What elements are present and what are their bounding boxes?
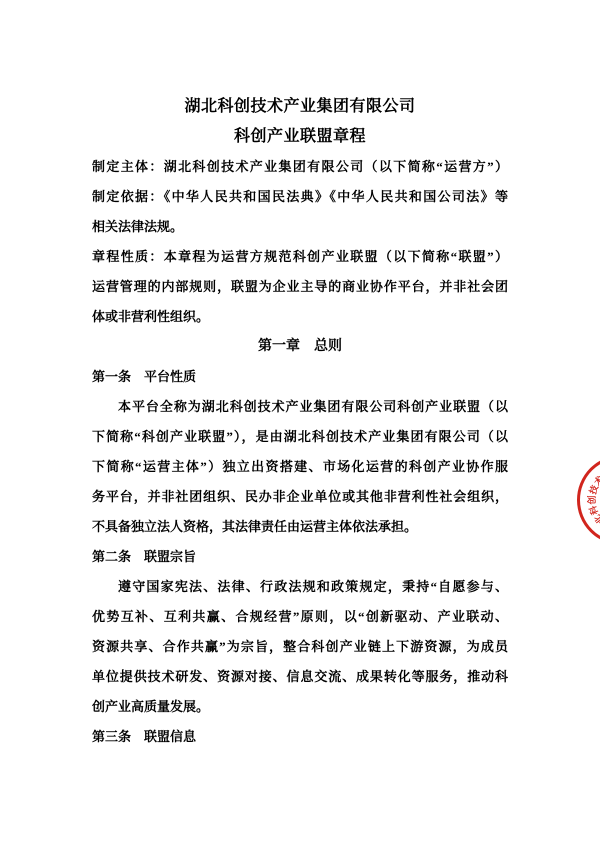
- document-line: 第一条 平台性质: [92, 362, 508, 392]
- document-line: 第一章 总则: [92, 332, 508, 362]
- document-line: 创产业高质量发展。: [92, 692, 508, 722]
- document-line: 制定主体：湖北科创技术产业集团有限公司（以下简称“运营方”）: [92, 152, 508, 182]
- document-line: 第三条 联盟信息: [92, 722, 508, 752]
- document-line: 章程性质：本章程为运营方规范科创产业联盟（以下简称“联盟”）: [92, 242, 508, 272]
- company-seal-stamp: 湖北科创技术: [577, 455, 600, 545]
- document-line: 单位提供技术研发、资源对接、信息交流、成果转化等服务，推动科: [92, 662, 508, 692]
- document-content: 湖北科创技术产业集团有限公司 科创产业联盟章程 制定主体：湖北科创技术产业集团有…: [92, 92, 508, 752]
- document-body: 制定主体：湖北科创技术产业集团有限公司（以下简称“运营方”）制定依据：《中华人民…: [92, 152, 508, 752]
- document-line: 资源共享、合作共赢”为宗旨，整合科创产业链上下游资源，为成员: [92, 632, 508, 662]
- document-line: 制定依据：《中华人民共和国民法典》《中华人民共和国公司法》等: [92, 182, 508, 212]
- document-line: 下简称“科创产业联盟”），是由湖北科创技术产业集团有限公司（以: [92, 422, 508, 452]
- document-line: 运营管理的内部规则，联盟为企业主导的商业协作平台，并非社会团: [92, 272, 508, 302]
- document-title: 湖北科创技术产业集团有限公司: [92, 92, 508, 122]
- document-line: 本平台全称为湖北科创技术产业集团有限公司科创产业联盟（以: [92, 392, 508, 422]
- document-line: 优势互补、互利共赢、合规经营”原则，以“创新驱动、产业联动、: [92, 602, 508, 632]
- document-line: 第二条 联盟宗旨: [92, 542, 508, 572]
- document-line: 务平台，并非社团组织、民办非企业单位或其他非营利性社会组织，: [92, 482, 508, 512]
- document-line: 体或非营利性组织。: [92, 302, 508, 332]
- document-page: 湖北科创技术产业集团有限公司 科创产业联盟章程 制定主体：湖北科创技术产业集团有…: [0, 0, 600, 846]
- document-line: 下简称“运营主体”）独立出资搭建、市场化运营的科创产业协作服: [92, 452, 508, 482]
- document-line: 相关法律法规。: [92, 212, 508, 242]
- document-subtitle: 科创产业联盟章程: [92, 122, 508, 152]
- document-line: 不具备独立法人资格，其法律责任由运营主体依法承担。: [92, 512, 508, 542]
- document-line: 遵守国家宪法、法律、行政法规和政策规定，秉持“自愿参与、: [92, 572, 508, 602]
